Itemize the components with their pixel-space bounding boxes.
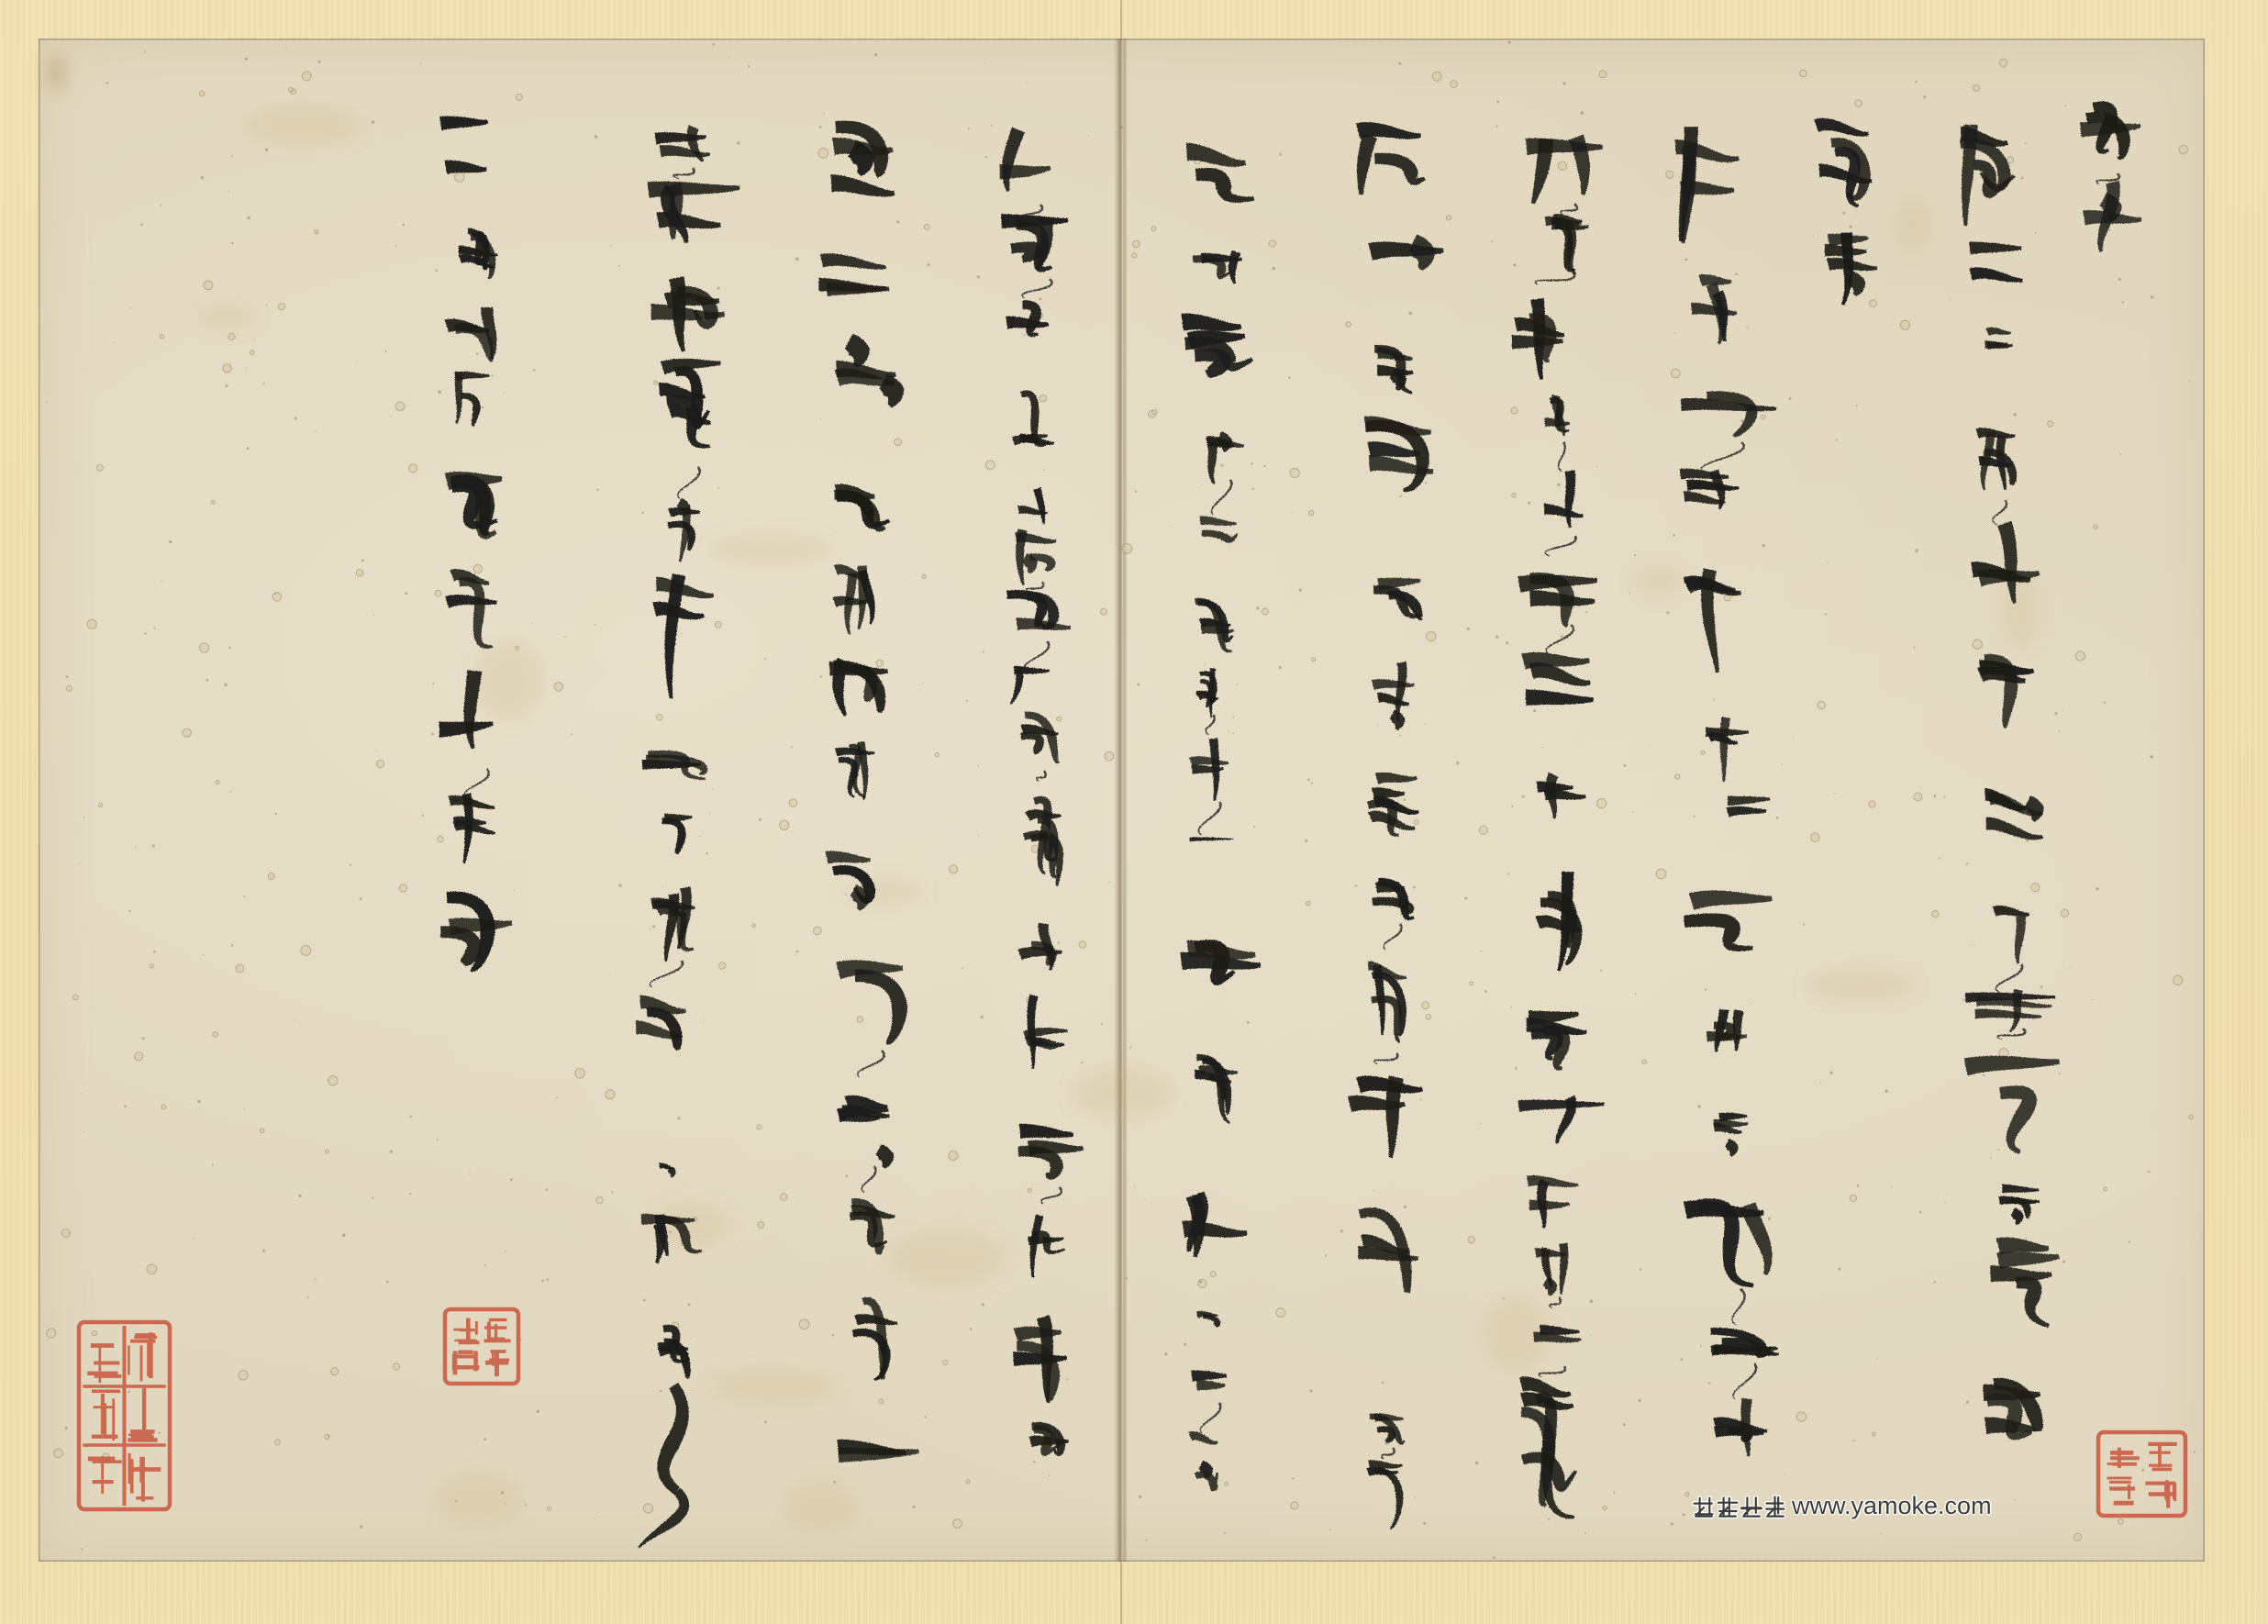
calligraphy-album-leaf: 叶局 真李王生富時喜之心傷之恐諸 逐名 吁西泥如菊子之勤多為歡如字 物生年為分付…: [0, 0, 2268, 1624]
site-watermark: 雅墨客网www.yamoke.com: [1691, 1492, 1992, 1519]
watermark-glyphs: [0, 0, 2268, 1624]
watermark-url: www.yamoke.com: [1792, 1492, 1992, 1519]
watermark-site-name: 雅墨客网: [1691, 1492, 1792, 1519]
